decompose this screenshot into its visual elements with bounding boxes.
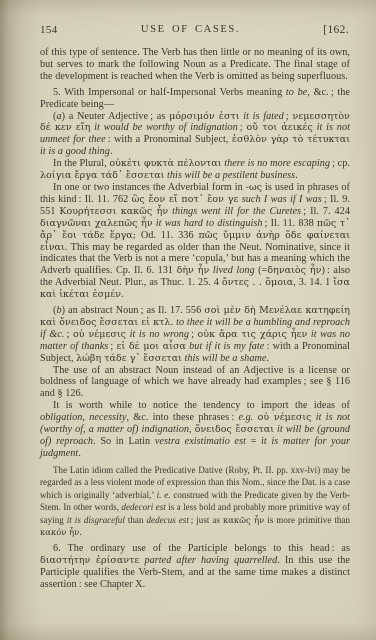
greek-text: οὐκέτι φυκτὰ πέλονται — [109, 158, 221, 169]
italic-text: dedecori est — [121, 502, 165, 512]
italic-text: dedecus est — [146, 515, 188, 525]
italic-text: obligation, necessity — [40, 412, 126, 423]
greek-text: ὣς ἔον εἴ ποτ᾽ ἔον γε — [132, 194, 239, 205]
page-header: 154 USE OF CASES. [162. — [40, 24, 349, 38]
roman-text: ; Il. 7. 424 — [301, 206, 350, 217]
roman-text: ; just as — [189, 515, 223, 525]
roman-text: . So in Latin — [93, 436, 155, 447]
roman-text: . — [110, 146, 113, 157]
italic-text: things went ill for the Curetes — [168, 206, 301, 217]
greek-text: -ως — [246, 182, 262, 193]
paragraph: In one or two instances the Adverbial fo… — [40, 182, 350, 301]
paragraph: The Latin idiom called the Predicative D… — [40, 464, 350, 539]
italic-text: it is no wrong — [126, 329, 189, 340]
roman-text: 5. With Impersonal or half-Impersonal Ve… — [53, 87, 286, 98]
roman-text: . — [79, 527, 81, 537]
italic-text: but if it is my fate — [186, 341, 264, 352]
text-body: of this type of sentence. The Verb has t… — [40, 47, 350, 590]
roman-text: ; — [238, 122, 247, 133]
greek-text: κακῶς ἦν — [223, 515, 264, 525]
greek-text: οὔ τοι ἀεικές — [247, 122, 313, 133]
roman-text: ; — [189, 329, 198, 340]
paragraph: In the Plural, οὐκέτι φυκτὰ πέλονται the… — [40, 158, 350, 182]
italic-text: it is disgraceful — [67, 515, 125, 525]
page-gutter-shadow — [0, 0, 44, 640]
italic-text: it was hard to distinguish — [153, 218, 263, 229]
greek-text: μόρσιμόν ἐστι — [169, 111, 239, 122]
roman-text: The use of an abstract Noun instead of a… — [40, 365, 350, 400]
greek-text: κακόν ἦν — [40, 527, 79, 537]
italic-text: such I was if I was — [238, 194, 321, 205]
italic-text: this will be a shame — [182, 353, 267, 364]
greek-text: ἐσθλὸν γὰρ τὸ τέτυκται — [232, 134, 350, 145]
running-title: USE OF CASES. — [141, 24, 240, 35]
roman-text: ; cp. — [330, 158, 350, 169]
roman-text: (= — [255, 265, 268, 276]
roman-text: , &c. into these phrases : — [126, 412, 238, 423]
greek-text: εἰ δέ μοι αἶσα — [117, 341, 186, 352]
roman-text: . — [121, 289, 124, 300]
greek-text: διαστήτην ἐρίσαντε — [40, 555, 139, 566]
italic-text: this will be a pestilent business — [164, 170, 295, 181]
roman-text: than — [125, 515, 147, 525]
roman-text: = — [246, 436, 261, 447]
roman-text: ) an abstract Noun ; as Il. 17. 556 — [62, 305, 205, 316]
roman-text: In the Plural, — [53, 158, 109, 169]
greek-text: λοίγια ἔργα τάδ᾽ ἔσσεται — [40, 170, 164, 181]
roman-text: , 3. 14. 1 — [293, 277, 333, 288]
paragraph: It is worth while to notice the tendency… — [40, 400, 350, 460]
italic-text: it is a good thing — [40, 146, 110, 157]
roman-text: Od. 11. 336 — [136, 230, 198, 241]
italic-text: there is no more escaping — [222, 158, 331, 169]
roman-text: ; — [64, 329, 73, 340]
italic-text: it would be worthy of indignation — [90, 122, 237, 133]
paragraph: The use of an abstract Noun instead of a… — [40, 365, 350, 401]
roman-text: : with a Pronominal Subject, — [106, 134, 232, 145]
italic-text: e.g. — [238, 412, 253, 423]
greek-text: οὐ νέμεσις — [73, 329, 126, 340]
book-page: 154 USE OF CASES. [162. of this type of … — [0, 0, 376, 640]
greek-text: ὄνειδος ἔσσεται — [195, 424, 274, 435]
italic-text: i. e. — [157, 490, 171, 500]
italic-text: parted after having quarrelled — [139, 555, 277, 566]
paragraph: 5. With Impersonal or half-Impersonal Ve… — [40, 87, 350, 111]
italic-text: lived long — [209, 265, 254, 276]
greek-text: οὐ νέμεσις — [258, 412, 312, 423]
page-number: 154 — [40, 24, 58, 36]
italic-text: vestra existimatio est — [155, 436, 246, 447]
greek-text: δηναιὸς ἦν — [267, 265, 321, 276]
roman-text: is more primitive than — [264, 515, 350, 525]
roman-text: . — [266, 353, 269, 364]
greek-text: οὐκ ἄρα τις χάρις ἦεν — [198, 329, 308, 340]
greek-text: δὴν ἦν — [177, 265, 210, 276]
roman-text: In one or two instances the Adverbial fo… — [53, 182, 246, 193]
paragraph: (b) an abstract Noun ; as Il. 17. 556 σο… — [40, 305, 350, 365]
roman-text: of this type of sentence. The Verb has t… — [40, 47, 350, 82]
paragraph: (a) a Neuter Adjective ; as μόρσιμόν ἐστ… — [40, 111, 350, 159]
greek-text: Κουρήτεσσι κακῶς ἦν — [59, 206, 168, 217]
roman-text: ) a Neuter Adjective ; as — [62, 111, 169, 122]
roman-text: . — [295, 170, 298, 181]
roman-text: . — [78, 448, 81, 459]
roman-text: 6. The ordinary use of the Participle be… — [53, 543, 350, 554]
italic-text: to be — [286, 87, 307, 98]
roman-text: ; — [108, 341, 116, 352]
italic-text: it is fated — [240, 111, 284, 122]
roman-text: ; Il. 11. 838 — [263, 218, 317, 229]
section-marker: [162. — [323, 24, 349, 36]
greek-text: διαγνῶναι χαλεπῶς ἦν — [40, 218, 153, 229]
greek-text: λώβη τάδε γ᾽ ἔσσεται — [76, 353, 182, 364]
greek-text: ὄντες . . ὅμοια — [222, 277, 293, 288]
paragraph: 6. The ordinary use of the Participle be… — [40, 543, 350, 591]
paragraph: of this type of sentence. The Verb has t… — [40, 47, 350, 83]
roman-text: It is worth while to notice the tendency… — [53, 400, 350, 411]
